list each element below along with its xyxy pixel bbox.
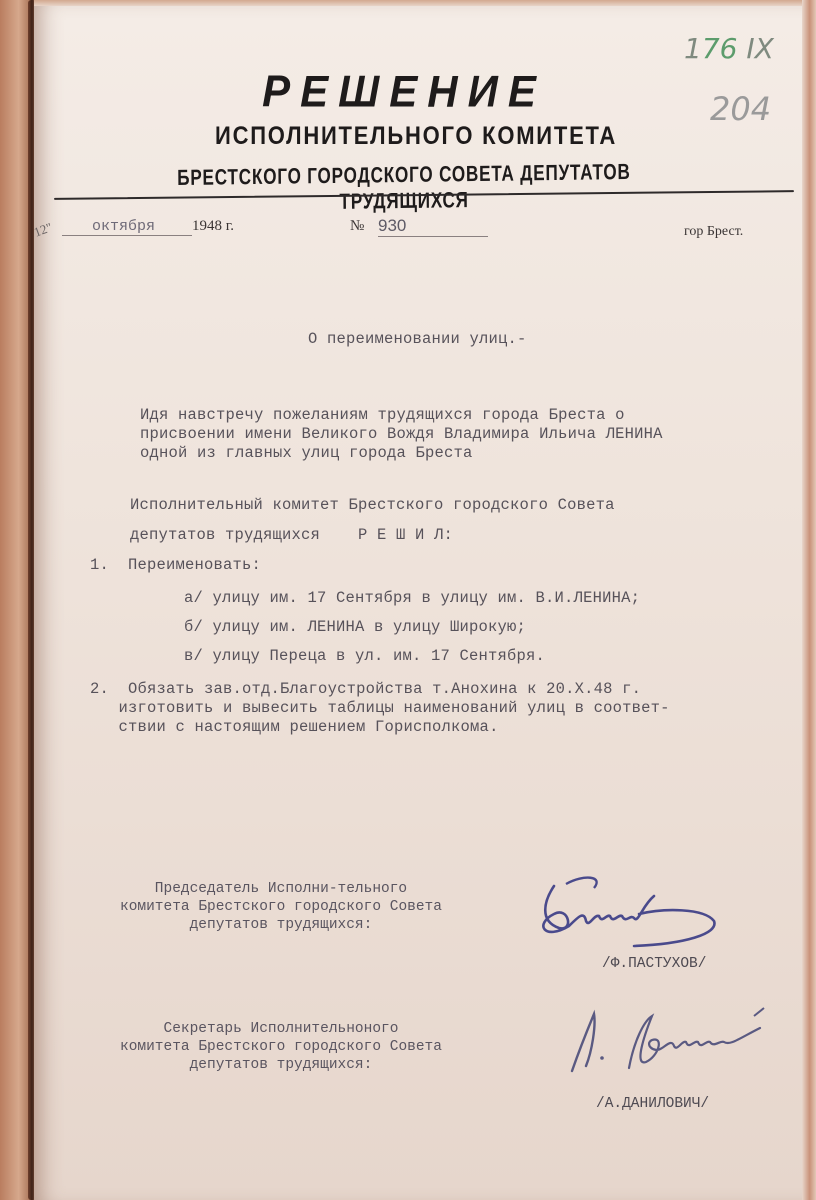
archive-mark-suffix: IX — [737, 32, 773, 65]
preamble-paragraph: Идя навстречу пожеланиям трудящихся горо… — [140, 406, 663, 463]
date-day: 12" — [32, 219, 55, 240]
item-text: Переименовать: — [128, 556, 261, 574]
document-title: РЕШЕНИЕ — [224, 67, 584, 117]
date-year: 1948 г. — [192, 218, 234, 235]
document-subtitle-council: БРЕСТСКОГО ГОРОДСКОГО СОВЕТА ДЕПУТАТОВ Т… — [115, 158, 693, 218]
city: гор Брест. — [684, 224, 743, 240]
resolution-intro: Исполнительный комитет Брестского городс… — [130, 490, 615, 550]
archive-mark-green: 76 — [702, 32, 738, 65]
document-page: РЕШЕНИЕ ИСПОЛНИТЕЛЬНОГО КОМИТЕТА БРЕСТСК… — [34, 6, 804, 1200]
item-number: 1. — [90, 556, 109, 574]
number-sign: № — [350, 218, 364, 235]
subitem-c: в/ улицу Переца в ул. им. 17 Сентября. — [184, 642, 640, 671]
subject-line: О переименовании улиц.- — [308, 330, 527, 348]
archive-mark-sheet: 176 IX — [684, 32, 774, 65]
chairman-signature — [514, 866, 754, 956]
secretary-title: Секретарь Исполнительноного комитета Бре… — [120, 1020, 442, 1074]
resolution-subitems: а/ улицу им. 17 Сентября в улицу им. В.И… — [184, 584, 640, 671]
archive-mark-page: 204 — [710, 90, 771, 128]
secretary-name: /А.ДАНИЛОВИЧ/ — [596, 1096, 709, 1112]
item-number: 2. — [90, 680, 109, 698]
subitem-b: б/ улицу им. ЛЕНИНА в улицу Широкую; — [184, 613, 640, 642]
dateline: 12" октября 1948 г. № 930 гор Брест. — [34, 218, 804, 248]
subitem-a: а/ улицу им. 17 Сентября в улицу им. В.И… — [184, 584, 640, 613]
resolution-item-1: 1. Переименовать: — [90, 556, 261, 574]
document-subtitle-committee: ИСПОЛНИТЕЛЬНОГО КОМИТЕТА — [152, 122, 680, 151]
date-month: октября — [62, 218, 192, 236]
chairman-title: Председатель Исполни-тельного комитета Б… — [120, 880, 442, 934]
decision-number: 930 — [378, 216, 488, 237]
archive-mark-prefix: 1 — [684, 32, 702, 65]
page-right-edge — [802, 0, 816, 1200]
resolution-item-2: 2. Обязать зав.отд.Благоустройства т.Ано… — [90, 680, 670, 737]
item-text: Обязать зав.отд.Благоустройства т.Анохин… — [90, 680, 670, 736]
chairman-name: /Ф.ПАСТУХОВ/ — [602, 956, 706, 972]
secretary-signature — [534, 996, 814, 1086]
